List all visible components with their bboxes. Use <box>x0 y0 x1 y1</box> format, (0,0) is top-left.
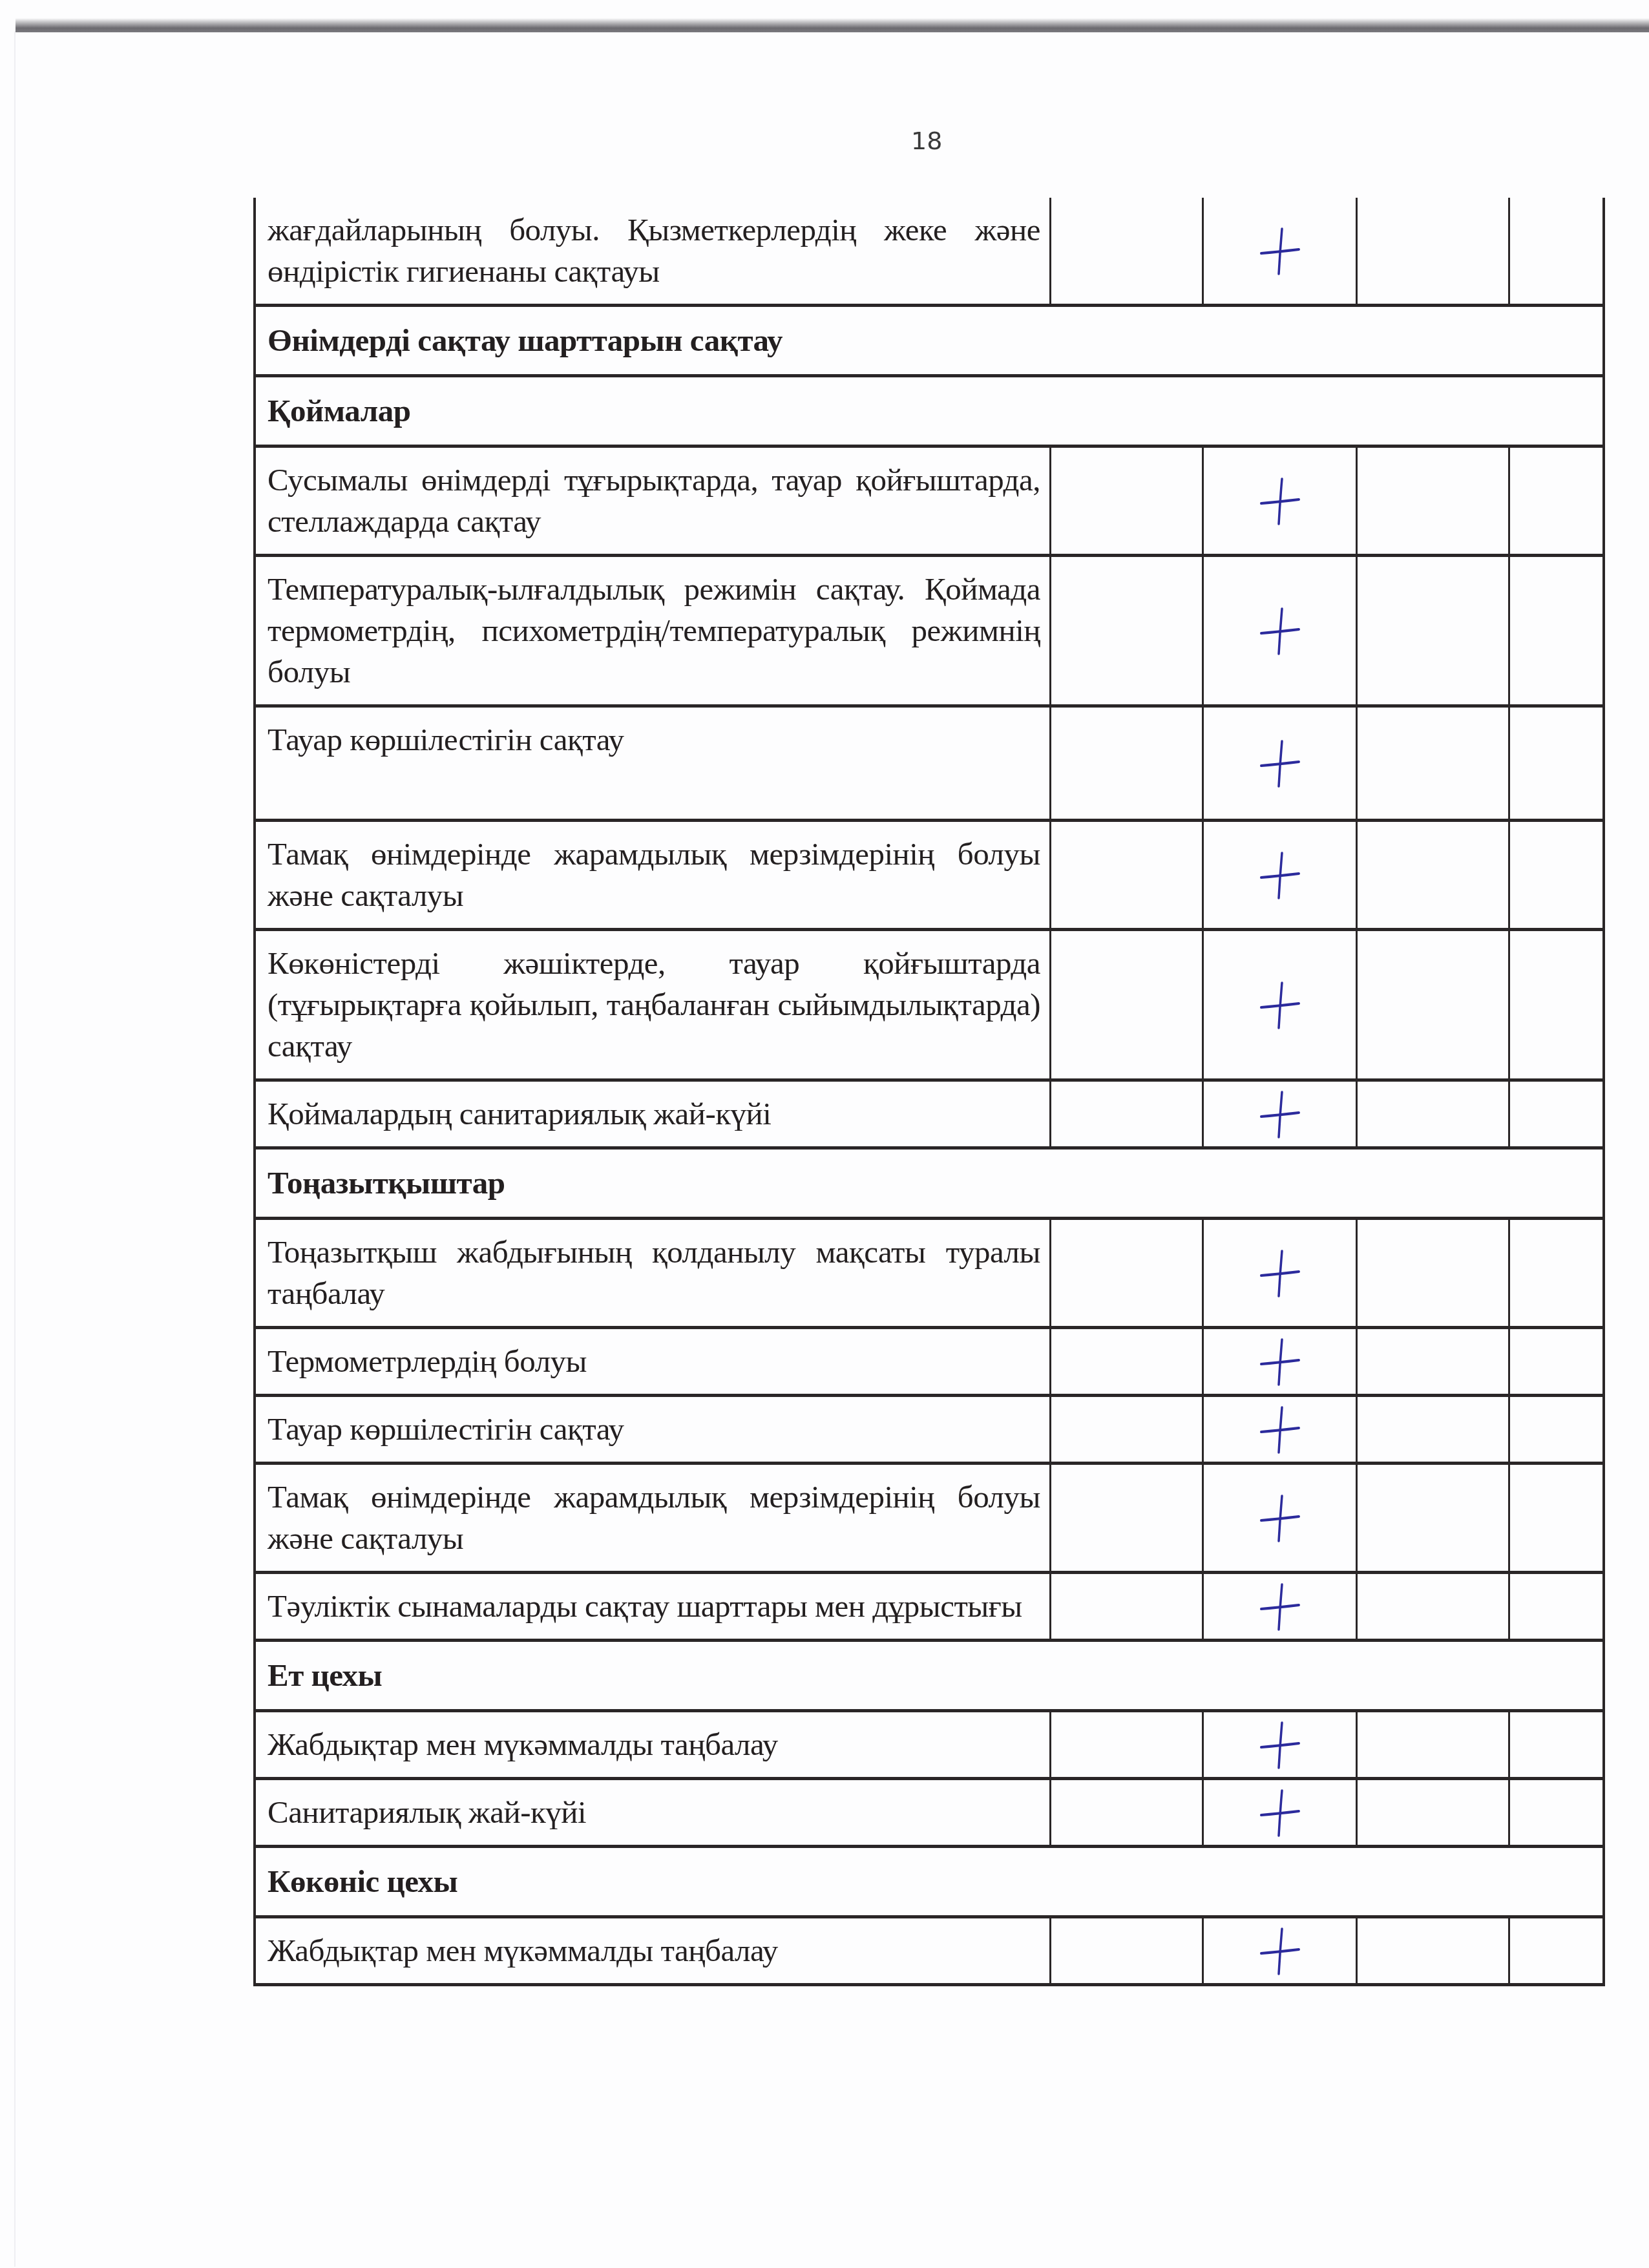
mark-cell[interactable] <box>1202 1397 1356 1462</box>
mark-cell[interactable] <box>1356 1574 1508 1639</box>
criterion-text: жағдайларының болуы. Қызметкерлердің жек… <box>256 198 1049 304</box>
mark-cell[interactable] <box>1049 448 1202 554</box>
section-title: Ет цехы <box>256 1642 1602 1709</box>
table-row: жағдайларының болуы. Қызметкерлердің жек… <box>256 198 1602 304</box>
section-header-row: Тоңазытқыштар <box>256 1146 1602 1217</box>
plus-mark-icon <box>1257 1787 1303 1838</box>
mark-cell[interactable] <box>1356 448 1508 554</box>
mark-cell[interactable] <box>1049 1918 1202 1983</box>
table-row: Сусымалы өнімдерді тұғырықтарда, тауар қ… <box>256 445 1602 554</box>
mark-cell[interactable] <box>1202 198 1356 304</box>
section-title: Тоңазытқыштар <box>256 1150 1602 1217</box>
criterion-text: Сусымалы өнімдерді тұғырықтарда, тауар қ… <box>256 448 1049 554</box>
table-row: Санитариялық жай-күйі <box>256 1777 1602 1845</box>
mark-cell[interactable] <box>1049 931 1202 1078</box>
plus-mark-icon <box>1257 849 1303 901</box>
mark-cell[interactable] <box>1508 1465 1602 1571</box>
mark-cell[interactable] <box>1508 1918 1602 1983</box>
section-title: Өнімдерді сақтау шарттарын сақтау <box>256 307 1602 374</box>
mark-cell[interactable] <box>1202 931 1356 1078</box>
mark-cell[interactable] <box>1049 822 1202 928</box>
mark-cell[interactable] <box>1202 1712 1356 1777</box>
mark-cell[interactable] <box>1049 1220 1202 1326</box>
criterion-text: Температуралық-ылғалдылық режимін сақтау… <box>256 557 1049 704</box>
criterion-text: Тәуліктік сынамаларды сақтау шарттары ме… <box>256 1574 1049 1639</box>
section-title: Қоймалар <box>256 377 1602 445</box>
mark-cell[interactable] <box>1508 931 1602 1078</box>
mark-cell[interactable] <box>1202 1082 1356 1146</box>
scan-shadow <box>16 18 1649 32</box>
mark-cell[interactable] <box>1049 1465 1202 1571</box>
mark-cell[interactable] <box>1508 1329 1602 1394</box>
mark-cell[interactable] <box>1356 1712 1508 1777</box>
mark-cell[interactable] <box>1049 1082 1202 1146</box>
mark-cell[interactable] <box>1202 822 1356 928</box>
criterion-text: Қоймалардың санитариялық жай-күйі <box>256 1082 1049 1146</box>
mark-cell[interactable] <box>1202 1574 1356 1639</box>
criterion-text: Көкөністерді жәшіктерде, тауар қойғыштар… <box>256 931 1049 1078</box>
table-row: Тамақ өнімдерінде жарамдылық мерзімдерін… <box>256 819 1602 928</box>
mark-cell[interactable] <box>1202 1329 1356 1394</box>
mark-cell[interactable] <box>1202 448 1356 554</box>
plus-mark-icon <box>1257 475 1303 527</box>
plus-mark-icon <box>1257 1336 1303 1387</box>
mark-cell[interactable] <box>1508 1397 1602 1462</box>
table-row: Тоңазытқыш жабдығының қолданылу мақсаты … <box>256 1217 1602 1326</box>
mark-cell[interactable] <box>1508 708 1602 819</box>
criterion-text: Жабдықтар мен мүкәммалды таңбалау <box>256 1712 1049 1777</box>
mark-cell[interactable] <box>1356 1082 1508 1146</box>
mark-cell[interactable] <box>1202 557 1356 704</box>
mark-cell[interactable] <box>1356 1397 1508 1462</box>
mark-cell[interactable] <box>1202 708 1356 819</box>
mark-cell[interactable] <box>1049 1712 1202 1777</box>
plus-mark-icon <box>1257 1492 1303 1544</box>
criterion-text: Термометрлердің болуы <box>256 1329 1049 1394</box>
page-number: 18 <box>911 127 942 155</box>
table-row: Көкөністерді жәшіктерде, тауар қойғыштар… <box>256 928 1602 1078</box>
table-row: Жабдықтар мен мүкәммалды таңбалау <box>256 1915 1602 1983</box>
section-header-row: Ет цехы <box>256 1639 1602 1709</box>
mark-cell[interactable] <box>1508 1220 1602 1326</box>
criterion-text: Санитариялық жай-күйі <box>256 1780 1049 1845</box>
plus-mark-icon <box>1257 1403 1303 1455</box>
mark-cell[interactable] <box>1356 1918 1508 1983</box>
mark-cell[interactable] <box>1049 708 1202 819</box>
plus-mark-icon <box>1257 1088 1303 1140</box>
mark-cell[interactable] <box>1049 1397 1202 1462</box>
mark-cell[interactable] <box>1202 1220 1356 1326</box>
page-edge <box>14 31 16 2267</box>
mark-cell[interactable] <box>1356 557 1508 704</box>
mark-cell[interactable] <box>1049 198 1202 304</box>
table-row: Қоймалардың санитариялық жай-күйі <box>256 1078 1602 1146</box>
mark-cell[interactable] <box>1356 198 1508 304</box>
mark-cell[interactable] <box>1356 708 1508 819</box>
mark-cell[interactable] <box>1356 931 1508 1078</box>
mark-cell[interactable] <box>1508 557 1602 704</box>
criterion-text: Тауар көршілестігін сақтау <box>256 1397 1049 1462</box>
mark-cell[interactable] <box>1356 1220 1508 1326</box>
mark-cell[interactable] <box>1202 1918 1356 1983</box>
table-row: Тауар көршілестігін сақтау <box>256 1394 1602 1462</box>
mark-cell[interactable] <box>1508 448 1602 554</box>
section-header-row: Өнімдерді сақтау шарттарын сақтау <box>256 304 1602 374</box>
plus-mark-icon <box>1257 979 1303 1031</box>
criterion-text: Тауар көршілестігін сақтау <box>256 708 1049 819</box>
plus-mark-icon <box>1257 1580 1303 1632</box>
mark-cell[interactable] <box>1356 1329 1508 1394</box>
plus-mark-icon <box>1257 1925 1303 1977</box>
section-header-row: Қоймалар <box>256 374 1602 445</box>
mark-cell[interactable] <box>1508 822 1602 928</box>
mark-cell[interactable] <box>1356 822 1508 928</box>
plus-mark-icon <box>1257 1719 1303 1770</box>
plus-mark-icon <box>1257 1247 1303 1299</box>
mark-cell[interactable] <box>1049 1329 1202 1394</box>
mark-cell[interactable] <box>1356 1465 1508 1571</box>
criterion-text: Тамақ өнімдерінде жарамдылық мерзімдерін… <box>256 822 1049 928</box>
mark-cell[interactable] <box>1049 557 1202 704</box>
mark-cell[interactable] <box>1049 1574 1202 1639</box>
plus-mark-icon <box>1257 605 1303 656</box>
table-row: Тауар көршілестігін сақтау <box>256 704 1602 819</box>
criterion-text: Тоңазытқыш жабдығының қолданылу мақсаты … <box>256 1220 1049 1326</box>
section-header-row: Көкөніс цехы <box>256 1845 1602 1915</box>
table-row: Тамақ өнімдерінде жарамдылық мерзімдерін… <box>256 1462 1602 1571</box>
mark-cell[interactable] <box>1202 1465 1356 1571</box>
mark-cell[interactable] <box>1508 1712 1602 1777</box>
table-row: Тәуліктік сынамаларды сақтау шарттары ме… <box>256 1571 1602 1639</box>
mark-cell[interactable] <box>1049 1780 1202 1845</box>
mark-cell[interactable] <box>1508 198 1602 304</box>
table-row: Температуралық-ылғалдылық режимін сақтау… <box>256 554 1602 704</box>
checklist-table: жағдайларының болуы. Қызметкерлердің жек… <box>253 198 1605 1986</box>
section-title: Көкөніс цехы <box>256 1848 1602 1915</box>
table-row: Термометрлердің болуы <box>256 1326 1602 1394</box>
plus-mark-icon <box>1257 737 1303 789</box>
mark-cell[interactable] <box>1508 1082 1602 1146</box>
table-row: Жабдықтар мен мүкәммалды таңбалау <box>256 1709 1602 1777</box>
mark-cell[interactable] <box>1202 1780 1356 1845</box>
mark-cell[interactable] <box>1508 1780 1602 1845</box>
mark-cell[interactable] <box>1508 1574 1602 1639</box>
mark-cell[interactable] <box>1356 1780 1508 1845</box>
plus-mark-icon <box>1257 225 1303 277</box>
criterion-text: Жабдықтар мен мүкәммалды таңбалау <box>256 1918 1049 1983</box>
criterion-text: Тамақ өнімдерінде жарамдылық мерзімдерін… <box>256 1465 1049 1571</box>
